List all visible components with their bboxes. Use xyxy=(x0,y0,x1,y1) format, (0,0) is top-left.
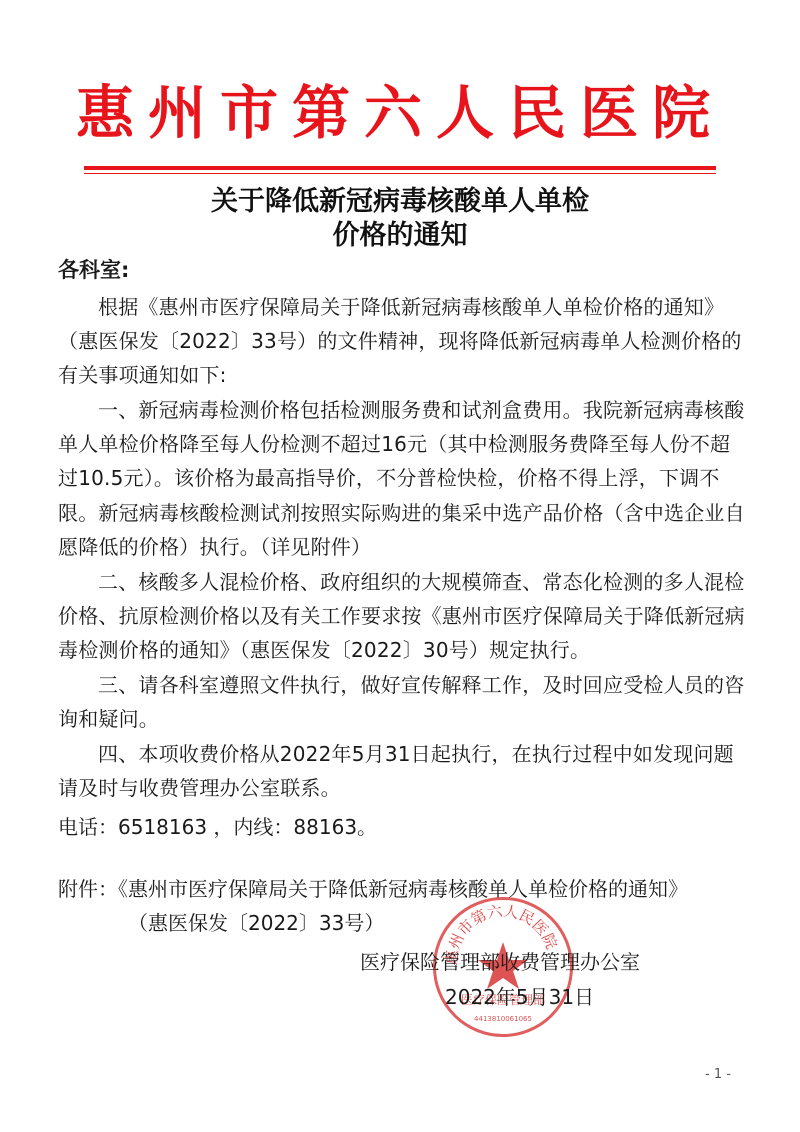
document-title-line1: 关于降低新冠病毒核酸单人单检 xyxy=(0,184,800,220)
attachment-doc-number: （惠医保发〔2022〕33号） xyxy=(128,906,384,940)
paragraph-item-2: 二、核酸多人混检价格、政府组织的大规模筛查、常态化检测的多人混检价格、抗原检测价… xyxy=(58,565,748,668)
hospital-name-header: 惠州市第六人民医院 xyxy=(0,78,800,148)
contact-phone: 电话：6518163 ，内线：88163。 xyxy=(58,810,377,844)
svg-text:4413810061065: 4413810061065 xyxy=(474,1015,532,1023)
attachment-title: 附件：《惠州市医疗保障局关于降低新冠病毒核酸单人单检价格的通知》 xyxy=(58,872,688,906)
document-title-line2: 价格的通知 xyxy=(0,218,800,254)
signature-office: 医疗保险管理部收费管理办公室 xyxy=(360,945,640,979)
paragraph-item-1: 一、新冠病毒检测价格包括检测服务费和试剂盒费用。我院新冠病毒核酸单人单检价格降至… xyxy=(58,393,748,564)
red-divider-thin xyxy=(84,173,716,174)
paragraph-intro: 根据《惠州市医疗保障局关于降低新冠病毒核酸单人单检价格的通知》（惠医保发〔202… xyxy=(58,290,748,393)
red-divider-thick xyxy=(84,166,716,170)
signature-date: 2022年5月31日 xyxy=(445,980,594,1014)
paragraph-item-3: 三、请各科室遵照文件执行，做好宣传解释工作，及时回应受检人员的咨询和疑问。 xyxy=(58,668,748,736)
paragraph-item-4: 四、本项收费价格从2022年5月31日起执行，在执行过程中如发现问题请及时与收费… xyxy=(58,737,748,805)
page-number: - 1 - xyxy=(705,1067,731,1082)
salutation: 各科室: xyxy=(58,254,129,286)
